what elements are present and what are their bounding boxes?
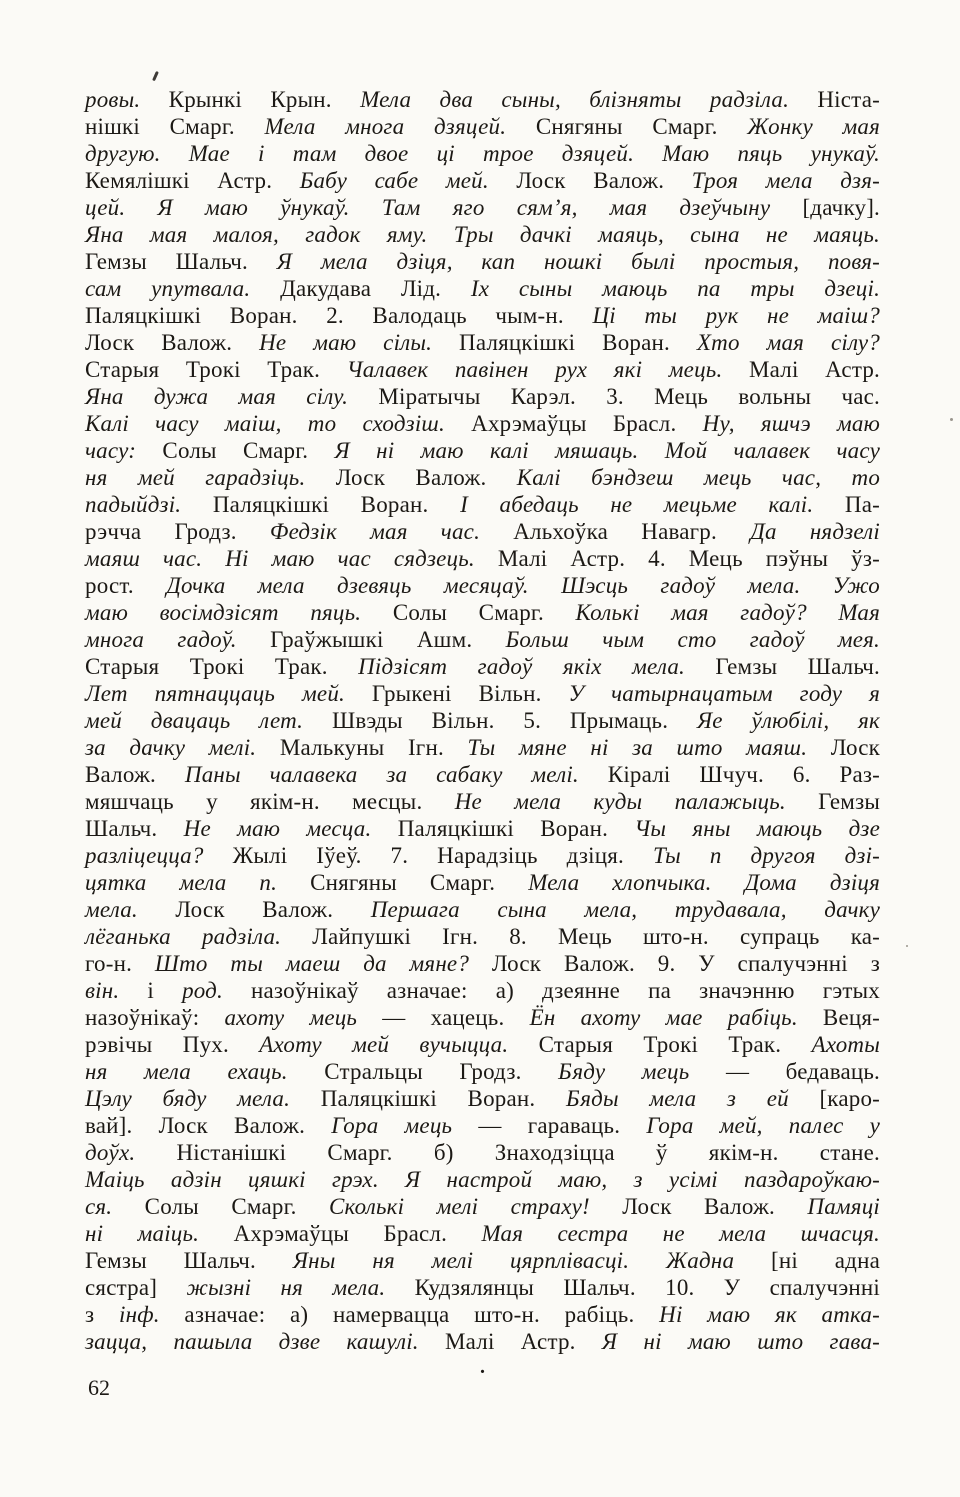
plain-text: Старыя Трокі Трак. <box>85 654 328 679</box>
example-phrase: ня мела ехаць. <box>85 1059 288 1084</box>
text-line: Калі часу маіш, то сходзіш. Ахрэмаўцы Бр… <box>85 410 880 437</box>
plain-text: Лоск Валож. <box>622 1194 775 1219</box>
example-phrase: Ахоту мей вучыцца. <box>259 1032 508 1057</box>
plain-text: Лоск Валож. <box>516 168 664 193</box>
plain-text: Снягяны Смарг. <box>536 114 718 139</box>
example-phrase: Калі часу маіш, то сходзіш. <box>85 411 445 436</box>
plain-text: Паляцкішкі Воран. 2. Валодаць чым-н. <box>85 303 564 328</box>
text-line: го-н. Што ты маеш да мяне? Лоск Валож. 9… <box>85 950 880 977</box>
example-phrase: лёганька радзіла. <box>85 924 281 949</box>
example-phrase: Яны ня мелі цярплівасці. Жадна <box>293 1248 734 1273</box>
text-line: рэчча Гродз. Федзік мая час. Альхоўка На… <box>85 518 880 545</box>
plain-text: Лоск <box>831 735 880 760</box>
example-phrase: І абедаць не мецьме калі. <box>460 492 813 517</box>
text-line: мей двацаць лет. Швэды Вільн. 5. Прымаць… <box>85 707 880 734</box>
example-phrase: за дачку мелі. <box>85 735 256 760</box>
text-line: ня мей гарадзіць. Лоск Валож. Калі бэндз… <box>85 464 880 491</box>
plain-text: рост. <box>85 573 134 598</box>
example-phrase: ня мей гарадзіць. <box>85 465 305 490</box>
example-phrase: Мая сестра не мела шчасця. <box>482 1221 881 1246</box>
plain-text: Швэды Вільн. 5. Прымаць. <box>332 708 668 733</box>
plain-text: Старыя Трокі Трак. <box>85 357 320 382</box>
text-line: ня мела ехаць. Стральцы Гродз. Бяду мець… <box>85 1058 880 1085</box>
example-phrase: Жонку мая <box>747 114 880 139</box>
example-phrase: ні маіць. <box>85 1221 199 1246</box>
plain-text: — хацець. <box>382 1005 504 1030</box>
example-phrase: Бяду мець <box>558 1059 689 1084</box>
example-phrase: ахоту мець <box>224 1005 357 1030</box>
plain-text: Паляцкішкі Воран. <box>213 492 429 517</box>
plain-text: Жылі Іўеў. 7. Нарадзіць дзіця. <box>233 843 624 868</box>
text-line: Шальч. Не маю месца. Паляцкішкі Воран. Ч… <box>85 815 880 842</box>
plain-text: Старыя Трокі Трак. <box>539 1032 782 1057</box>
text-line: часу: Солы Смарг. Я ні маю калі мяшаць. … <box>85 437 880 464</box>
example-phrase: Ты мяне ні за што маяш. <box>467 735 807 760</box>
plain-text: назоўнікаў азначае: а) дзеянне па значэн… <box>251 978 880 1003</box>
plain-text: Лоск Валож. <box>336 465 487 490</box>
text-line: Яна дужа мая сілу. Міратычы Карэл. 3. Ме… <box>85 383 880 410</box>
plain-text: азначае: а) намервацца што-н. рабіць. <box>184 1302 634 1327</box>
example-phrase: Да нядзелі <box>750 519 880 544</box>
text-line: сястра] жызні ня мела. Кудзялянцы Шальч.… <box>85 1274 880 1301</box>
example-phrase: Ахоты <box>812 1032 880 1057</box>
plain-text: Солы Смарг. <box>393 600 544 625</box>
example-phrase: многа гадоў. <box>85 627 237 652</box>
plain-text: рэвічы Пух. <box>85 1032 229 1057</box>
plain-text: Ністанішкі Смарг. б) Знаходзіцца ў якім-… <box>177 1140 881 1165</box>
plain-text: з <box>85 1302 94 1327</box>
page-number: 62 <box>88 1374 110 1401</box>
plain-text: [ні адна <box>771 1248 880 1273</box>
plain-text: Гемзы <box>818 789 880 814</box>
example-phrase: Чалавек павінен рух які мець. <box>347 357 723 382</box>
scan-speck <box>950 418 953 421</box>
plain-text: Па- <box>845 492 880 517</box>
example-phrase: Паны чалавека за сабаку мелі. <box>185 762 579 787</box>
plain-text: Ахрэмаўцы Брасл. <box>471 411 676 436</box>
example-phrase: маю восімдзісят пяць. <box>85 600 361 625</box>
book-page: ровы. Крынкі Крын. Мела два сыны, блізня… <box>0 0 960 1497</box>
example-phrase: разліцецца? <box>85 843 204 868</box>
plain-text: [каро- <box>819 1086 880 1111</box>
text-line: Старыя Трокі Трак. Чалавек павінен рух я… <box>85 356 880 383</box>
separator-dot: . <box>85 1356 880 1379</box>
example-phrase: Гора мець <box>331 1113 452 1138</box>
plain-text: Крынкі Крын. <box>169 87 332 112</box>
text-line: Старыя Трокі Трак. Підзісят гадоў якіх м… <box>85 653 880 680</box>
example-phrase: сам упутвала. <box>85 276 250 301</box>
example-phrase: мела. <box>85 897 138 922</box>
plain-text: Дакудава Лід. <box>280 276 441 301</box>
example-phrase: Што ты маеш да мяне? <box>155 951 469 976</box>
example-phrase: Дочка мела дзевяць месяцаў. Шэсць гадоў … <box>166 573 880 598</box>
example-phrase: Мела два сыны, блізняты радзіла. <box>360 87 789 112</box>
plain-text: Гемзы Шальч. <box>85 249 248 274</box>
example-phrase: Бабу сабе мей. <box>300 168 489 193</box>
example-phrase: Мела хлопчыка. Дома дзіця <box>528 870 880 895</box>
plain-text: сястра] <box>85 1275 157 1300</box>
example-phrase: мей двацаць лет. <box>85 708 303 733</box>
text-line: Кемялішкі Астр. Бабу сабе мей. Лоск Вало… <box>85 167 880 194</box>
text-line: Лоск Валож. Не маю сілы. Паляцкішкі Вора… <box>85 329 880 356</box>
text-line: Гемзы Шальч. Яны ня мелі цярплівасці. Жа… <box>85 1247 880 1274</box>
text-line: ровы. Крынкі Крын. Мела два сыны, блізня… <box>85 86 880 113</box>
text-line: Яна мая малоя, гадок яму. Тры дачкі маяц… <box>85 221 880 248</box>
plain-text: Снягяны Смарг. <box>310 870 495 895</box>
text-line: Цэлу бяду мела. Паляцкішкі Воран. Бяды м… <box>85 1085 880 1112</box>
plain-text: Солы Смарг. <box>145 1194 297 1219</box>
text-line: він. і род. назоўнікаў азначае: а) дзеян… <box>85 977 880 1004</box>
plain-text: Грыкені Вільн. <box>372 681 542 706</box>
text-line: маю восімдзісят пяць. Солы Смарг. Колькі… <box>85 599 880 626</box>
plain-text: Ніста- <box>817 87 880 112</box>
plain-text: рэчча Гродз. <box>85 519 237 544</box>
example-phrase: Мела многа дзяцей. <box>265 114 507 139</box>
text-line: Лет пятнаццаць мей. Грыкені Вільн. У чат… <box>85 680 880 707</box>
plain-text: Малі Астр. <box>749 357 880 382</box>
plain-text: Паляцкішкі Воран. <box>321 1086 536 1111</box>
example-phrase: Підзісят гадоў якіх мела. <box>358 654 685 679</box>
example-phrase: Не маю месца. <box>184 816 372 841</box>
text-line: падыйдзі. Паляцкішкі Воран. І абедаць не… <box>85 491 880 518</box>
example-phrase: Чы яны маюць дзе <box>634 816 880 841</box>
text-line: сам упутвала. Дакудава Лід. Іх сыны маюц… <box>85 275 880 302</box>
example-phrase: Лет пятнаццаць мей. <box>85 681 345 706</box>
example-phrase: Ён ахоту мае рабіць. <box>530 1005 798 1030</box>
example-phrase: Маіць адзін цяшкі грэх. Я настрой маю, з… <box>85 1167 880 1192</box>
text-line: за дачку мелі. Малькуны Ігн. Ты мяне ні … <box>85 734 880 761</box>
plain-text: Міратычы Карэл. 3. Мець вольны час. <box>378 384 880 409</box>
plain-text: Ахрэмаўцы Брасл. <box>234 1221 448 1246</box>
plain-text: Кудзялянцы Шальч. 10. У спалучэнні <box>415 1275 880 1300</box>
example-phrase: падыйдзі. <box>85 492 181 517</box>
text-line: разліцецца? Жылі Іўеў. 7. Нарадзіць дзіц… <box>85 842 880 869</box>
plain-text: Гемзы Шальч. <box>85 1248 256 1273</box>
example-phrase: Яна дужа мая сілу. <box>85 384 348 409</box>
plain-text: Кіралі Шчуч. 6. Раз- <box>608 762 880 787</box>
example-phrase: Сколькі мелі страху! <box>329 1194 590 1219</box>
example-phrase: часу: <box>85 438 136 463</box>
plain-text: Паляцкішкі Воран. <box>459 330 670 355</box>
plain-text: го-н. <box>85 951 132 976</box>
text-line: цей. Я маю ўнукаў. Там яго сям’я, мая дз… <box>85 194 880 221</box>
text-line: рост. Дочка мела дзевяць месяцаў. Шэсць … <box>85 572 880 599</box>
example-phrase: доўх. <box>85 1140 135 1165</box>
text-line: ні маіць. Ахрэмаўцы Брасл. Мая сестра не… <box>85 1220 880 1247</box>
plain-text: Лайпушкі Ігн. 8. Мець што-н. супраць ка- <box>312 924 880 949</box>
text-line: многа гадоў. Граўжышкі Ашм. Больш чым ст… <box>85 626 880 653</box>
example-phrase: Троя мела дзя- <box>692 168 880 193</box>
example-phrase: Хто мая сілу? <box>697 330 880 355</box>
plain-text: Шальч. <box>85 816 157 841</box>
text-line: цятка мела п. Снягяны Смарг. Мела хлопчы… <box>85 869 880 896</box>
text-line: з інф. азначае: а) намервацца што-н. раб… <box>85 1301 880 1328</box>
plain-text: нішкі Смарг. <box>85 114 235 139</box>
ink-mark <box>152 71 158 81</box>
plain-text: Солы Смарг. <box>162 438 308 463</box>
example-phrase: Іх сыны маюць па тры дзеці. <box>471 276 880 301</box>
example-phrase: Я ні маю што гава- <box>602 1329 880 1354</box>
plain-text: назоўнікаў: <box>85 1005 199 1030</box>
example-phrase: Калі бэндзеш мець час, то <box>517 465 880 490</box>
page-text: ровы. Крынкі Крын. Мела два сыны, блізня… <box>85 86 880 1355</box>
example-phrase: Не мела куды палажыць. <box>455 789 786 814</box>
example-phrase: інф. <box>119 1302 160 1327</box>
plain-text: — гараваць. <box>478 1113 620 1138</box>
plain-text: мяшчаць у якім-н. месцы. <box>85 789 422 814</box>
example-phrase: ся. <box>85 1194 112 1219</box>
plain-text: Лоск Валож. <box>175 897 333 922</box>
text-line: рэвічы Пух. Ахоту мей вучыцца. Старыя Тр… <box>85 1031 880 1058</box>
text-line: Валож. Паны чалавека за сабаку мелі. Кір… <box>85 761 880 788</box>
example-phrase: Я мела дзіця, кап ношкі былі простыя, по… <box>277 249 880 274</box>
text-line: мяшчаць у якім-н. месцы. Не мела куды па… <box>85 788 880 815</box>
example-phrase: другую. Мае і там двое ці трое дзяцей. М… <box>85 141 880 166</box>
example-phrase: цей. Я маю ўнукаў. Там яго сям’я, мая дз… <box>85 195 770 220</box>
text-line: нішкі Смарг. Мела многа дзяцей. Снягяны … <box>85 113 880 140</box>
plain-text: вай]. Лоск Валож. <box>85 1113 305 1138</box>
plain-text: Альхоўка Навагр. <box>513 519 717 544</box>
example-phrase: Я ні маю калі мяшаць. Мой чалавек часу <box>335 438 880 463</box>
text-line: маяш час. Ні маю час сядзець. Малі Астр.… <box>85 545 880 572</box>
plain-text: Малі Астр. <box>445 1329 576 1354</box>
text-line: лёганька радзіла. Лайпушкі Ігн. 8. Мець … <box>85 923 880 950</box>
example-phrase: род. <box>182 978 223 1003</box>
example-phrase: зацца, пашыла дзве кашулі. <box>85 1329 419 1354</box>
example-phrase: У чатырнацатым году я <box>568 681 880 706</box>
scan-speck <box>906 945 908 947</box>
plain-text: Лоск Валож. <box>85 330 232 355</box>
text-line: другую. Мае і там двое ці трое дзяцей. М… <box>85 140 880 167</box>
example-phrase: Гора мей, палес у <box>646 1113 880 1138</box>
text-line: вай]. Лоск Валож. Гора мець — гараваць. … <box>85 1112 880 1139</box>
plain-text: Лоск Валож. 9. У спалучэнні з <box>492 951 880 976</box>
text-line: назоўнікаў: ахоту мець — хацець. Ён ахот… <box>85 1004 880 1031</box>
plain-text: Валож. <box>85 762 156 787</box>
plain-text: Малі Астр. 4. Мець пэўны ўз- <box>498 546 880 571</box>
example-phrase: Яна мая малоя, гадок яму. Тры дачкі маяц… <box>85 222 880 247</box>
example-phrase: Ты п другоя дзі- <box>653 843 880 868</box>
plain-text: — бедаваць. <box>726 1059 880 1084</box>
plain-text: і <box>147 978 154 1003</box>
plain-text: Веця- <box>823 1005 880 1030</box>
example-phrase: Ці ты рук не маіш? <box>592 303 880 328</box>
example-phrase: Бяды мела з ей <box>566 1086 789 1111</box>
text-line: Маіць адзін цяшкі грэх. Я настрой маю, з… <box>85 1166 880 1193</box>
example-phrase: Колькі мая гадоў? Мая <box>575 600 880 625</box>
text-line: Гемзы Шальч. Я мела дзіця, кап ношкі был… <box>85 248 880 275</box>
example-phrase: Памяці <box>807 1194 880 1219</box>
example-phrase: Не маю сілы. <box>259 330 432 355</box>
example-phrase: цятка мела п. <box>85 870 277 895</box>
plain-text: Стральцы Гродз. <box>324 1059 521 1084</box>
plain-text: [дачку]. <box>802 195 880 220</box>
text-line: зацца, пашыла дзве кашулі. Малі Астр. Я … <box>85 1328 880 1355</box>
example-phrase: Федзік мая час. <box>270 519 480 544</box>
example-phrase: Цэлу бяду мела. <box>85 1086 290 1111</box>
example-phrase: Ну, яшчэ маю <box>703 411 880 436</box>
example-phrase: Яе ўлюбілі, як <box>697 708 880 733</box>
text-line: мела. Лоск Валож. Першага сына мела, тру… <box>85 896 880 923</box>
example-phrase: ровы. <box>85 87 140 112</box>
example-phrase: він. <box>85 978 119 1003</box>
plain-text: Гемзы Шальч. <box>715 654 880 679</box>
plain-text: Кемялішкі Астр. <box>85 168 272 193</box>
text-line: Паляцкішкі Воран. 2. Валодаць чым-н. Ці … <box>85 302 880 329</box>
example-phrase: Першага сына мела, трудавала, дачку <box>371 897 880 922</box>
example-phrase: Больш чым сто гадоў мея. <box>506 627 880 652</box>
text-line: ся. Солы Смарг. Сколькі мелі страху! Лос… <box>85 1193 880 1220</box>
plain-text: Паляцкішкі Воран. <box>398 816 608 841</box>
plain-text: Граўжышкі Ашм. <box>270 627 472 652</box>
example-phrase: маяш час. Ні маю час сядзець. <box>85 546 475 571</box>
example-phrase: жызні ня мела. <box>186 1275 385 1300</box>
text-line: доўх. Ністанішкі Смарг. б) Знаходзіцца ў… <box>85 1139 880 1166</box>
plain-text: Малькуны Ігн. <box>280 735 444 760</box>
example-phrase: Ні маю як атка- <box>659 1302 880 1327</box>
